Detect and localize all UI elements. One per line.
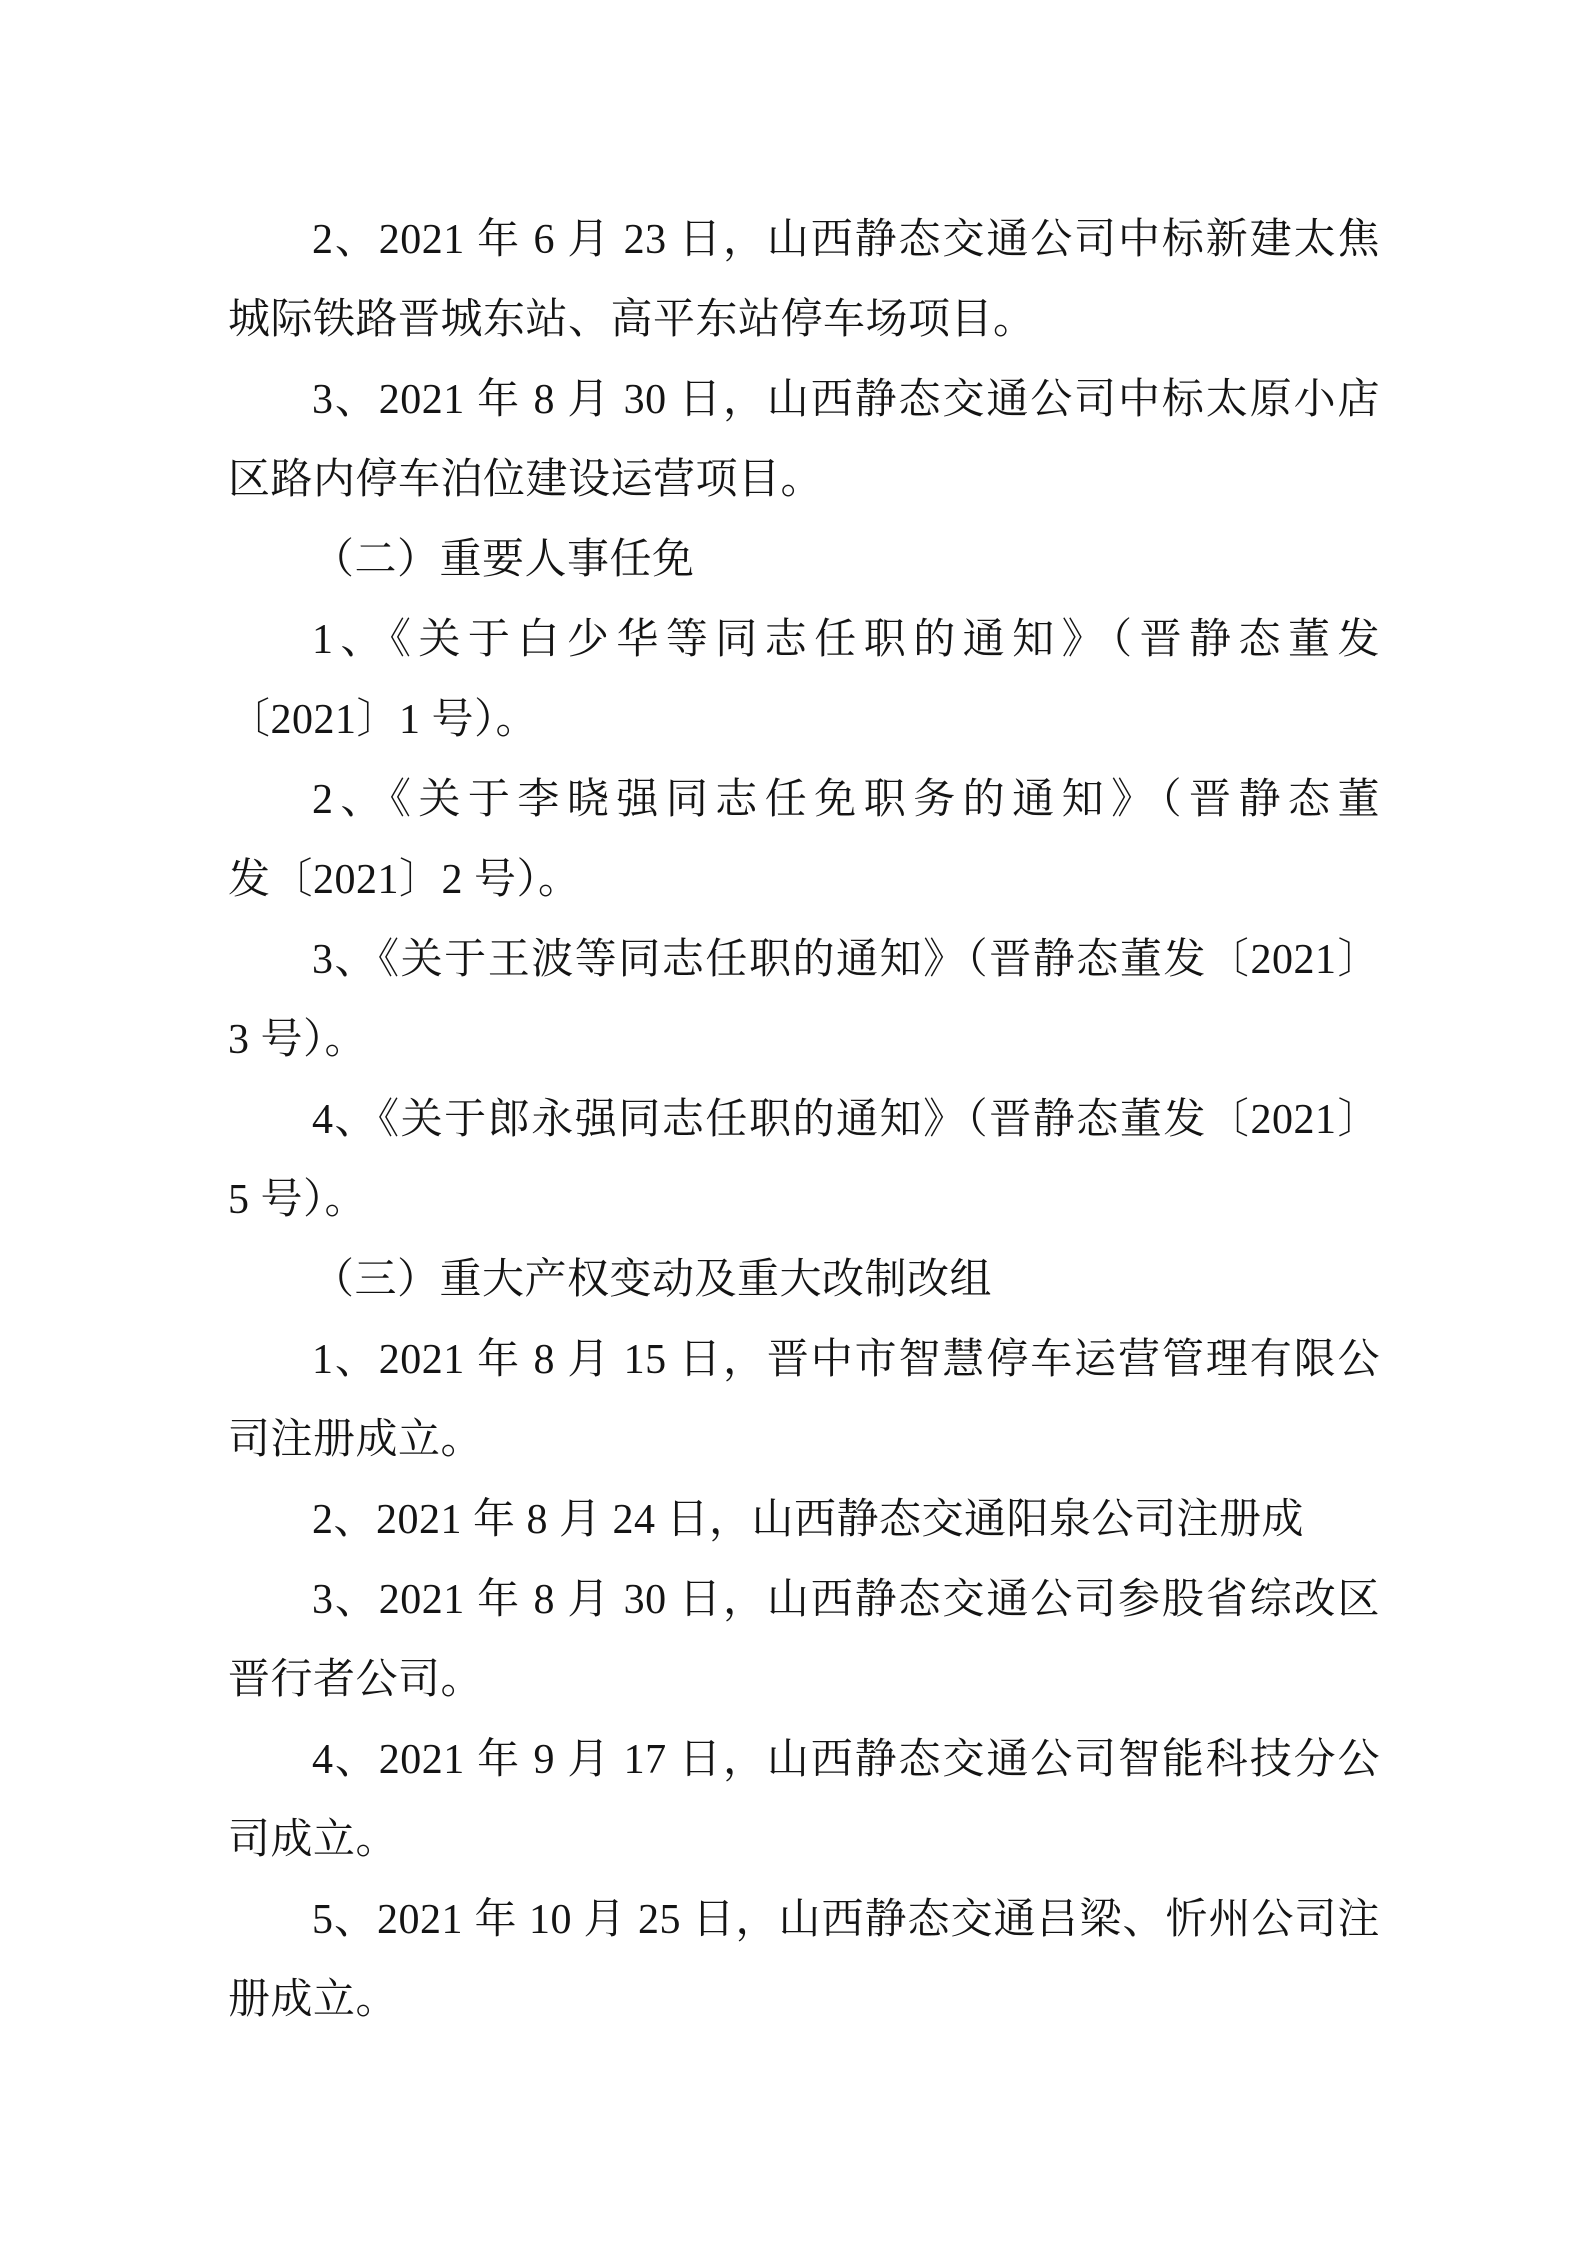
- text-line: 〔2021〕1 号）。: [228, 680, 1380, 760]
- paragraph-company-lvliang-xinzhou: 5、2021 年 10 月 25 日，山西静态交通吕梁、忻州公司注 册成立。: [228, 1880, 1380, 2040]
- text-line: 2、2021 年 6 月 23 日，山西静态交通公司中标新建太焦: [228, 200, 1380, 280]
- section-heading-property-change: （三）重大产权变动及重大改制改组: [228, 1240, 1380, 1320]
- document-body: 2、2021 年 6 月 23 日，山西静态交通公司中标新建太焦 城际铁路晋城东…: [228, 200, 1380, 2040]
- text-line: 3、《关于王波等同志任职的通知》（晋静态董发〔2021〕: [228, 920, 1380, 1000]
- text-line: 1、《关于白少华等同志任职的通知》（晋静态董发: [228, 600, 1380, 680]
- paragraph-notice-2: 2、《关于李晓强同志任免职务的通知》（晋静态董 发〔2021〕2 号）。: [228, 760, 1380, 920]
- text-line: 区路内停车泊位建设运营项目。: [228, 440, 1380, 520]
- text-line: 3 号）。: [228, 1000, 1380, 1080]
- paragraph-company-jinzhong: 1、2021 年 8 月 15 日，晋中市智慧停车运营管理有限公 司注册成立。: [228, 1320, 1380, 1480]
- paragraph-bid-win-xiaodian: 3、2021 年 8 月 30 日，山西静态交通公司中标太原小店 区路内停车泊位…: [228, 360, 1380, 520]
- paragraph-notice-3: 3、《关于王波等同志任职的通知》（晋静态董发〔2021〕 3 号）。: [228, 920, 1380, 1080]
- document-page: 2、2021 年 6 月 23 日，山西静态交通公司中标新建太焦 城际铁路晋城东…: [0, 0, 1587, 2245]
- text-line: 1、2021 年 8 月 15 日，晋中市智慧停车运营管理有限公: [228, 1320, 1380, 1400]
- paragraph-notice-4: 4、《关于郎永强同志任职的通知》（晋静态董发〔2021〕 5 号）。: [228, 1080, 1380, 1240]
- text-line: 5 号）。: [228, 1160, 1380, 1240]
- paragraph-company-jinxingzhe: 3、2021 年 8 月 30 日，山西静态交通公司参股省综改区 晋行者公司。: [228, 1560, 1380, 1720]
- text-line: 5、2021 年 10 月 25 日，山西静态交通吕梁、忻州公司注: [228, 1880, 1380, 1960]
- paragraph-company-tech-branch: 4、2021 年 9 月 17 日，山西静态交通公司智能科技分公 司成立。: [228, 1720, 1380, 1880]
- text-line: 发〔2021〕2 号）。: [228, 840, 1380, 920]
- text-line: 2、2021 年 8 月 24 日，山西静态交通阳泉公司注册成立。: [228, 1480, 1380, 1560]
- text-line: 4、2021 年 9 月 17 日，山西静态交通公司智能科技分公: [228, 1720, 1380, 1800]
- text-line: 2、《关于李晓强同志任免职务的通知》（晋静态董: [228, 760, 1380, 840]
- paragraph-company-yangquan: 2、2021 年 8 月 24 日，山西静态交通阳泉公司注册成立。: [228, 1480, 1380, 1560]
- text-line: 3、2021 年 8 月 30 日，山西静态交通公司中标太原小店: [228, 360, 1380, 440]
- paragraph-bid-win-jincheng: 2、2021 年 6 月 23 日，山西静态交通公司中标新建太焦 城际铁路晋城东…: [228, 200, 1380, 360]
- section-heading-text: （二）重要人事任免: [228, 520, 1380, 600]
- text-line: 城际铁路晋城东站、高平东站停车场项目。: [228, 280, 1380, 360]
- text-line: 司注册成立。: [228, 1400, 1380, 1480]
- paragraph-notice-1: 1、《关于白少华等同志任职的通知》（晋静态董发 〔2021〕1 号）。: [228, 600, 1380, 760]
- text-line: 3、2021 年 8 月 30 日，山西静态交通公司参股省综改区: [228, 1560, 1380, 1640]
- text-line: 册成立。: [228, 1960, 1380, 2040]
- text-line: 晋行者公司。: [228, 1640, 1380, 1720]
- text-line: 4、《关于郎永强同志任职的通知》（晋静态董发〔2021〕: [228, 1080, 1380, 1160]
- text-line: 司成立。: [228, 1800, 1380, 1880]
- section-heading-text: （三）重大产权变动及重大改制改组: [228, 1240, 1380, 1320]
- section-heading-personnel: （二）重要人事任免: [228, 520, 1380, 600]
